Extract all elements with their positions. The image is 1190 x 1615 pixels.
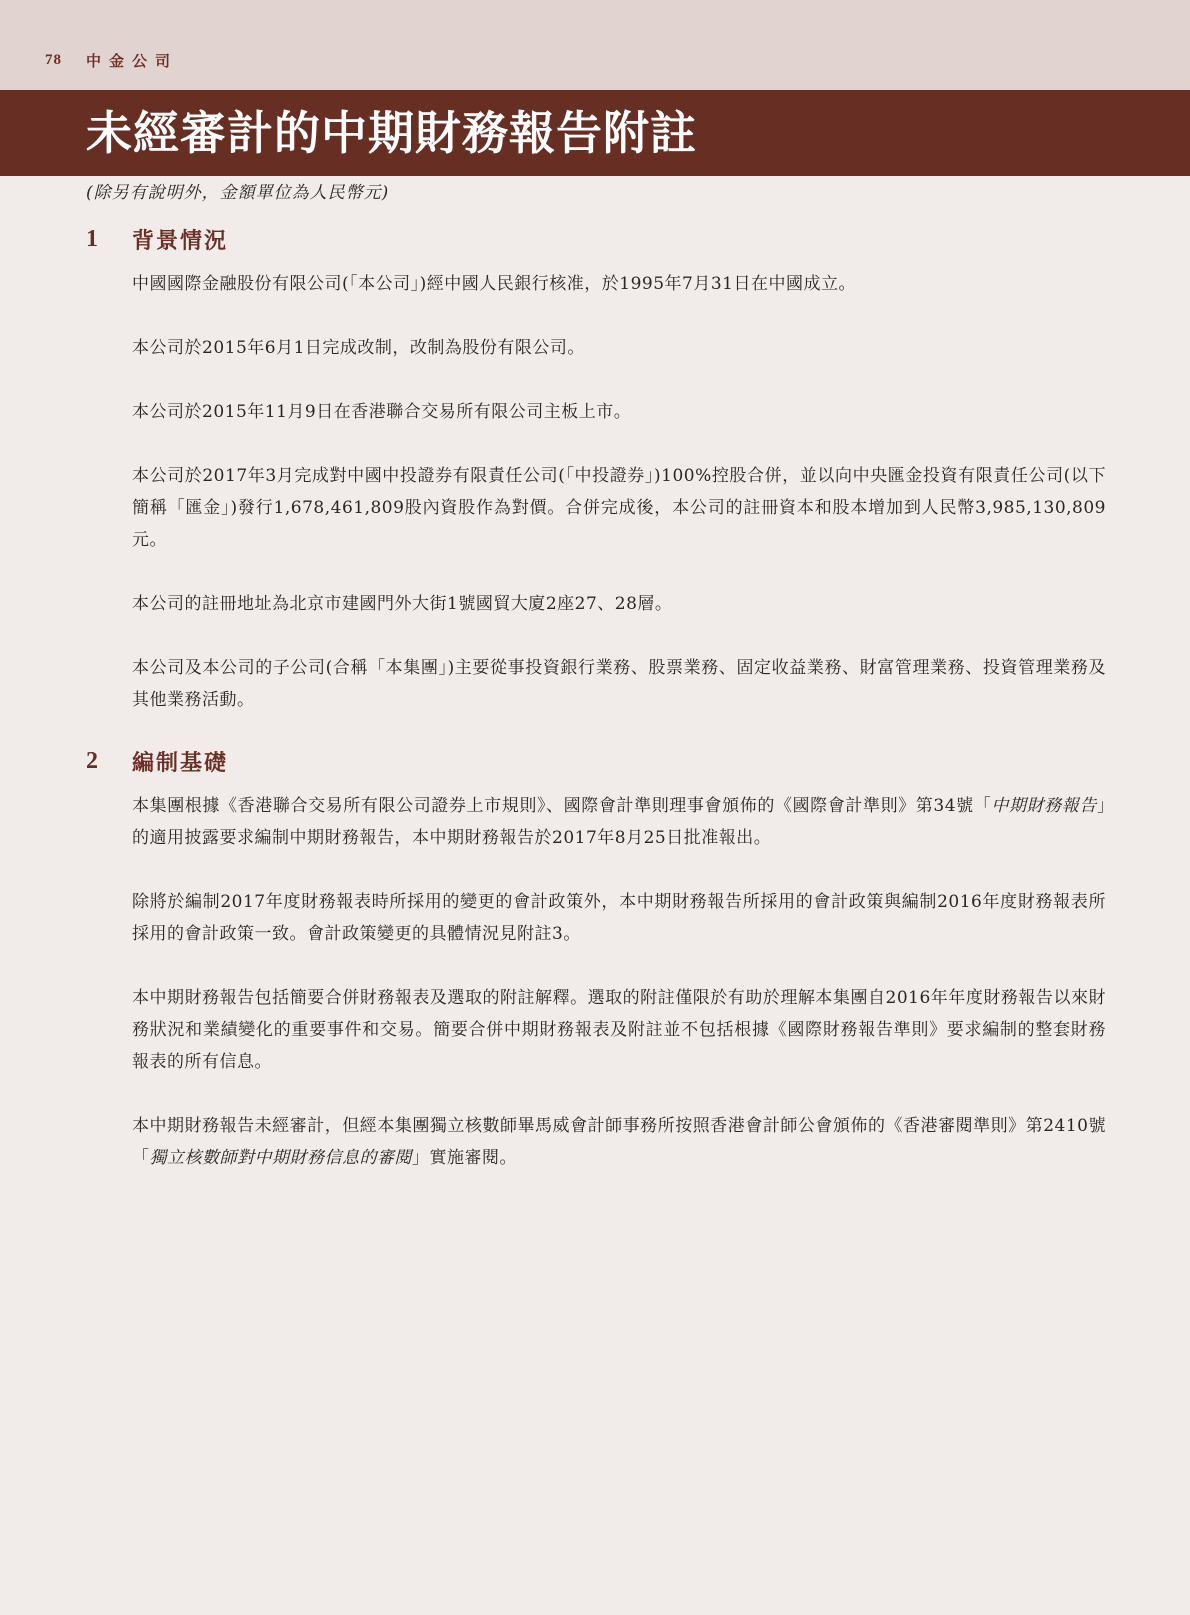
- section-title: 編制基礎: [132, 746, 228, 777]
- page-number: 78: [45, 52, 62, 69]
- paragraph-background-4: 本公司於2017年3月完成對中國中投證券有限責任公司(「中投證券」)100%控股…: [132, 460, 1106, 556]
- paragraph-background-1: 中國國際金融股份有限公司(「本公司」)經中國人民銀行核准，於1995年7月31日…: [132, 268, 1106, 300]
- running-header: 78 中金公司: [45, 50, 178, 71]
- italic-standard-title: 中期財務報告: [991, 796, 1097, 816]
- paragraph-background-5: 本公司的註冊地址為北京市建國門外大街1號國貿大廈2座27、28層。: [132, 588, 1106, 620]
- company-name: 中金公司: [86, 50, 178, 71]
- paragraph-background-3: 本公司於2015年11月9日在香港聯合交易所有限公司主板上市。: [132, 396, 1106, 428]
- paragraph-basis-1: 本集團根據《香港聯合交易所有限公司證券上市規則》、國際會計準則理事會頒佈的《國際…: [132, 790, 1106, 854]
- section-heading-2: 2 編制基礎: [86, 746, 228, 777]
- italic-standard-title: 獨立核數師對中期財務信息的審閱: [150, 1148, 413, 1168]
- section-number: 2: [86, 748, 132, 775]
- currency-note: (除另有說明外，金額單位為人民幣元): [86, 178, 389, 203]
- paragraph-basis-4: 本中期財務報告未經審計，但經本集團獨立核數師畢馬威會計師事務所按照香港會計師公會…: [132, 1110, 1106, 1174]
- header-band: [0, 0, 1190, 90]
- section-number: 1: [86, 226, 132, 253]
- paragraph-basis-3: 本中期財務報告包括簡要合併財務報表及選取的附註解釋。選取的附註僅限於有助於理解本…: [132, 982, 1106, 1078]
- page-title: 未經審計的中期財務報告附註: [86, 107, 697, 159]
- paragraph-background-6: 本公司及本公司的子公司(合稱「本集團」)主要從事投資銀行業務、股票業務、固定收益…: [132, 652, 1106, 716]
- section-heading-1: 1 背景情況: [86, 224, 228, 255]
- text-run: 」實施審閱。: [412, 1148, 517, 1168]
- text-run: 本集團根據《香港聯合交易所有限公司證券上市規則》、國際會計準則理事會頒佈的《國際…: [132, 796, 991, 816]
- section-title: 背景情況: [132, 224, 228, 255]
- paragraph-background-2: 本公司於2015年6月1日完成改制，改制為股份有限公司。: [132, 332, 1106, 364]
- paragraph-basis-2: 除將於編制2017年度財務報表時所採用的變更的會計政策外，本中期財務報告所採用的…: [132, 886, 1106, 950]
